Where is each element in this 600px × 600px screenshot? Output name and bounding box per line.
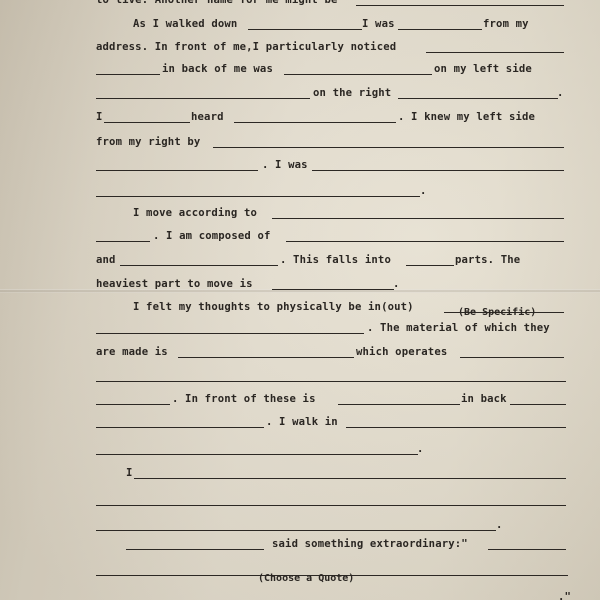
fill-in-blank[interactable] (104, 122, 190, 123)
prompt-text: . This falls into (280, 253, 391, 267)
fill-in-blank[interactable] (346, 427, 566, 428)
prompt-text: I was (362, 17, 395, 31)
prompt-text: . (557, 86, 564, 100)
prompt-text: heaviest part to move is (96, 277, 253, 291)
fill-in-blank[interactable] (272, 289, 394, 290)
fill-in-blank[interactable] (96, 454, 418, 455)
prompt-text: . (496, 518, 503, 532)
prompt-text: . (420, 184, 427, 198)
prompt-text: are made is (96, 345, 168, 359)
prompt-text: . (393, 277, 400, 291)
fill-in-blank[interactable] (248, 29, 362, 30)
fill-in-blank[interactable] (96, 381, 566, 382)
fill-in-blank[interactable] (96, 404, 170, 405)
prompt-text: . (417, 442, 424, 456)
fill-in-blank[interactable] (134, 478, 566, 479)
prompt-text: on my left side (434, 62, 532, 76)
fill-in-blank[interactable] (96, 530, 496, 531)
fill-in-blank[interactable] (398, 29, 482, 30)
prompt-text: said something extraordinary:" (272, 537, 468, 551)
fill-in-blank[interactable] (96, 241, 150, 242)
fill-in-blank[interactable] (96, 427, 264, 428)
fill-in-blank[interactable] (272, 218, 564, 219)
prompt-text: from my right by (96, 135, 200, 149)
prompt-text: . In front of these is (172, 392, 316, 406)
prompt-text: ." (558, 590, 571, 600)
prompt-text: I felt my thoughts to physically be in(o… (133, 300, 414, 314)
fill-in-blank[interactable] (284, 74, 432, 75)
prompt-text: . The material of which they (367, 321, 550, 335)
fill-in-blank[interactable] (96, 505, 566, 506)
fill-in-blank[interactable] (460, 357, 564, 358)
fill-in-blank[interactable] (96, 98, 310, 99)
fill-in-blank[interactable] (213, 147, 564, 148)
prompt-text: . I was (262, 158, 308, 172)
prompt-text: from my (483, 17, 529, 31)
fill-in-blank[interactable] (312, 170, 564, 171)
fill-in-blank[interactable] (356, 5, 564, 6)
fill-in-blank[interactable] (96, 196, 420, 197)
blank-hint-note: (Be Specific) (458, 307, 536, 318)
fill-in-blank[interactable] (488, 549, 566, 550)
prompt-text: in back of me was (162, 62, 273, 76)
prompt-text: . I knew my left side (398, 110, 535, 124)
prompt-text: in back (461, 392, 507, 406)
fill-in-blank[interactable] (234, 122, 396, 123)
prompt-text: As I walked down (133, 17, 237, 31)
prompt-text: and (96, 253, 116, 267)
prompt-text: I (126, 466, 133, 480)
fill-in-blank[interactable] (338, 404, 460, 405)
fill-in-blank[interactable] (406, 265, 454, 266)
prompt-text: which operates (356, 345, 447, 359)
fill-in-blank[interactable] (426, 52, 564, 53)
fill-in-blank[interactable] (126, 549, 264, 550)
prompt-text: I move according to (133, 206, 257, 220)
prompt-text: address. In front of me,I particularly n… (96, 40, 396, 54)
fill-in-blank[interactable] (96, 333, 364, 334)
prompt-text: on the right (313, 86, 391, 100)
fill-in-blank[interactable] (96, 170, 258, 171)
fill-in-blank[interactable] (398, 98, 558, 99)
prompt-text: I (96, 110, 103, 124)
blank-hint-note: (Choose a Quote) (258, 573, 354, 584)
fill-in-blank[interactable] (178, 357, 354, 358)
fill-in-blank[interactable] (510, 404, 566, 405)
fill-in-blank[interactable] (120, 265, 278, 266)
prompt-text: parts. The (455, 253, 520, 267)
prompt-text: to live. Another name for me might be (96, 0, 338, 7)
prompt-text: . I walk in (266, 415, 338, 429)
fill-in-blank[interactable] (96, 74, 160, 75)
prompt-text: . I am composed of (153, 229, 271, 243)
prompt-text: heard (191, 110, 224, 124)
fill-in-blank[interactable] (286, 241, 564, 242)
